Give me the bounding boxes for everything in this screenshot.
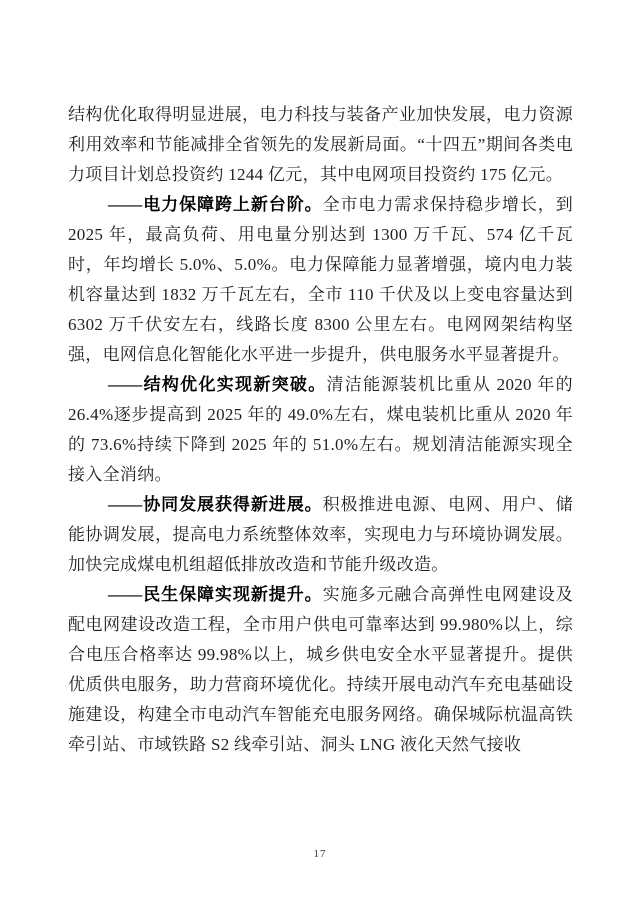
paragraph-livelihood-guarantee: ——民生保障实现新提升。实施多元融合高弹性电网建设及配电网建设改造工程，全市用户… bbox=[68, 580, 573, 760]
paragraph-structure-optimization: ——结构优化实现新突破。清洁能源装机比重从 2020 年的 26.4%逐步提高到… bbox=[68, 370, 573, 490]
paragraph-power-supply: ——电力保障跨上新台阶。全市电力需求保持稳步增长，到 2025 年，最高负荷、用… bbox=[68, 190, 573, 370]
document-page: 结构优化取得明显进展，电力科技与装备产业加快发展，电力资源利用效率和节能减排全省… bbox=[0, 0, 640, 905]
paragraph-lead: ——结构优化实现新突破。 bbox=[108, 375, 327, 394]
paragraph-continuation: 结构优化取得明显进展，电力科技与装备产业加快发展，电力资源利用效率和节能减排全省… bbox=[68, 100, 573, 190]
paragraph-lead: ——民生保障实现新提升。 bbox=[108, 585, 323, 604]
paragraph-lead: ——协同发展获得新进展。 bbox=[108, 495, 323, 514]
paragraph-lead: ——电力保障跨上新台阶。 bbox=[108, 195, 323, 214]
paragraph-text: 结构优化取得明显进展，电力科技与装备产业加快发展，电力资源利用效率和节能减排全省… bbox=[68, 105, 573, 184]
page-number: 17 bbox=[0, 848, 640, 860]
paragraph-text: 全市电力需求保持稳步增长，到 2025 年，最高负荷、用电量分别达到 1300 … bbox=[68, 195, 573, 364]
document-body: 结构优化取得明显进展，电力科技与装备产业加快发展，电力资源利用效率和节能减排全省… bbox=[68, 100, 573, 760]
paragraph-coordinated-development: ——协同发展获得新进展。积极推进电源、电网、用户、储能协调发展，提高电力系统整体… bbox=[68, 490, 573, 580]
paragraph-text: 实施多元融合高弹性电网建设及配电网建设改造工程，全市用户供电可靠率达到 99.9… bbox=[68, 585, 573, 754]
